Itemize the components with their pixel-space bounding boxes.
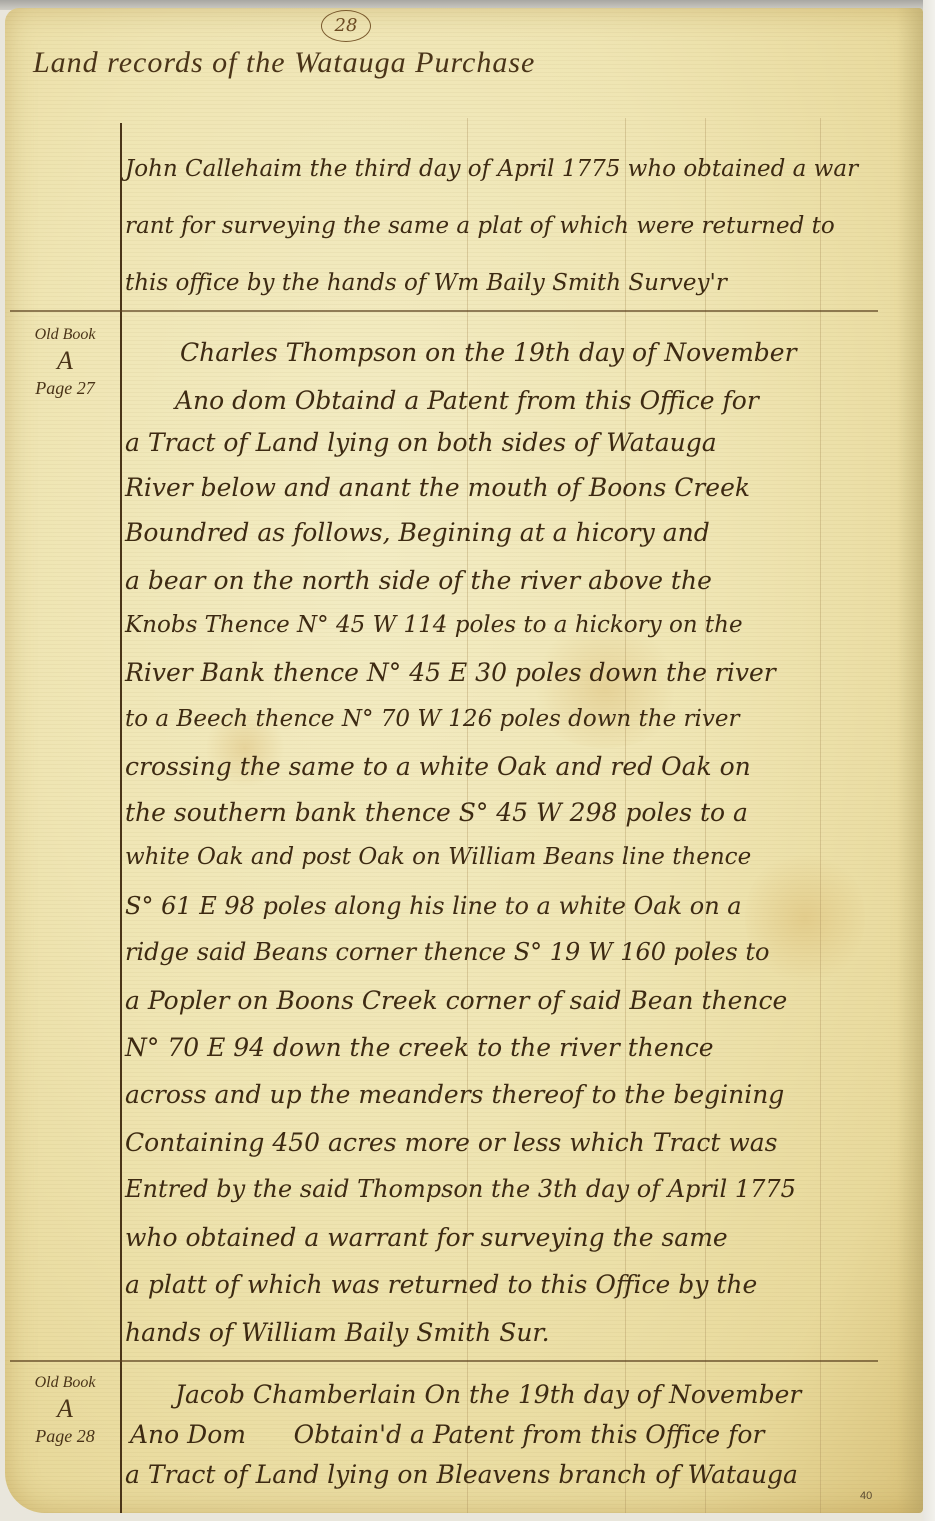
entry-line: hands of William Baily Smith Sur. (125, 1318, 550, 1347)
entry-line: N° 70 E 94 down the creek to the river t… (125, 1033, 714, 1062)
entry-line: who obtained a warrant for surveying the… (125, 1223, 728, 1252)
entry-line: rant for surveying the same a plat of wh… (125, 213, 835, 239)
margin-page-label: Page 27 (15, 378, 115, 399)
margin-rule (120, 123, 122, 1513)
entry-line: this office by the hands of Wm Baily Smi… (125, 270, 727, 296)
entry-line: River below and anant the mouth of Boons… (125, 473, 750, 502)
entry-line: a Tract of Land lying on both sides of W… (125, 428, 717, 457)
entry-line: across and up the meanders thereof to th… (125, 1080, 784, 1109)
margin-book-label: Old Book (15, 326, 115, 344)
ledger-page: 28 Land records of the Watauga Purchase … (5, 8, 923, 1513)
entry-divider (10, 1360, 878, 1362)
column-guide (820, 118, 821, 1513)
entry-line: Ano dom Obtaind a Patent from this Offic… (175, 386, 759, 415)
entry-line: John Callehaim the third day of April 17… (125, 156, 858, 182)
entry-line: a Popler on Boons Creek corner of said B… (125, 986, 787, 1015)
entry-line: Entred by the said Thompson the 3th day … (125, 1175, 796, 1203)
entry-line: to a Beech thence N° 70 W 126 poles down… (125, 706, 739, 732)
margin-book-label: Old Book (15, 1374, 115, 1392)
entry-line: S° 61 E 98 poles along his line to a whi… (125, 892, 742, 920)
entry-line: white Oak and post Oak on William Beans … (125, 844, 751, 870)
entry-line: River Bank thence N° 45 E 30 poles down … (125, 658, 776, 687)
entry-line: a platt of which was returned to this Of… (125, 1270, 757, 1299)
entry-divider (10, 310, 878, 312)
entry-line: Containing 450 acres more or less which … (125, 1128, 777, 1157)
page-title: Land records of the Watauga Purchase (33, 46, 535, 80)
scan-right-edge (923, 0, 935, 1521)
archive-folio-number: 40 (860, 1490, 872, 1502)
margin-reference: Old Book A Page 28 (15, 1374, 115, 1447)
entry-line: Knobs Thence N° 45 W 114 poles to a hick… (125, 612, 743, 638)
entry-line: the southern bank thence S° 45 W 298 pol… (125, 798, 748, 827)
entry-line: a bear on the north side of the river ab… (125, 566, 712, 595)
margin-book-volume: A (15, 344, 115, 378)
margin-page-label: Page 28 (15, 1426, 115, 1447)
entry-line: Boundred as follows, Begining at a hicor… (125, 518, 710, 547)
page-number: 28 (321, 10, 371, 42)
entry-line: Jacob Chamberlain On the 19th day of Nov… (175, 1380, 801, 1409)
paper-stain (745, 848, 865, 988)
entry-line: a Tract of Land lying on Bleavens branch… (125, 1460, 798, 1489)
entry-line: Charles Thompson on the 19th day of Nove… (180, 338, 797, 367)
entry-line: ridge said Beans corner thence S° 19 W 1… (125, 938, 769, 966)
entry-line: crossing the same to a white Oak and red… (125, 752, 751, 781)
margin-book-volume: A (15, 1392, 115, 1426)
entry-line: Ano Dom Obtain'd a Patent from this Offi… (130, 1420, 764, 1449)
margin-reference: Old Book A Page 27 (15, 326, 115, 399)
